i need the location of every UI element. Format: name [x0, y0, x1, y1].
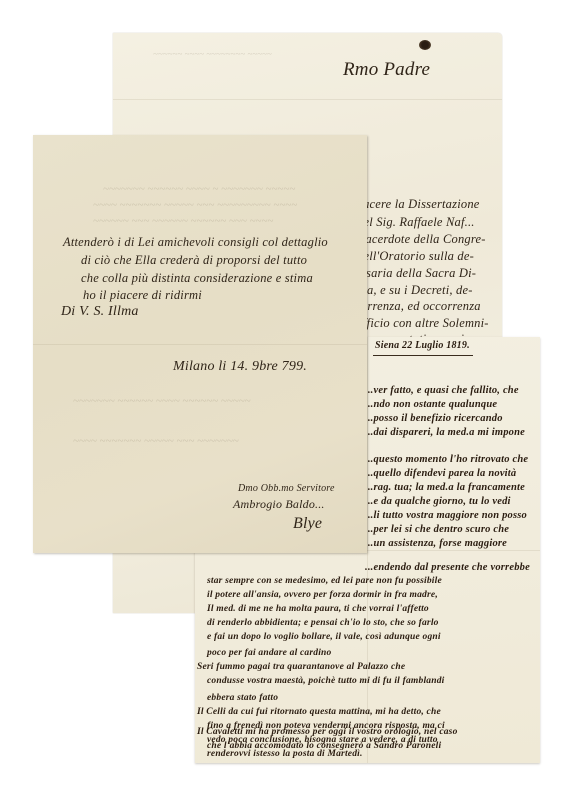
salutation: Rmo Padre — [343, 59, 430, 81]
front-line: ...per lei si che dentro scuro che — [365, 524, 509, 535]
front-line: ...dai dispareri, la med.a mi impone — [365, 427, 525, 438]
signature-flourish: Blye — [293, 515, 322, 533]
paper-fold — [33, 344, 367, 345]
front-line: il potere all'ansia, ovvero per forza do… — [207, 590, 438, 600]
body-line: Attenderò i di Lei amichevoli consigli c… — [63, 235, 328, 250]
back-line: del Sig. Raffaele Naf... — [357, 215, 475, 230]
body-line: che colla più distinta considerazione e … — [81, 271, 313, 286]
front-line: ...posso il benefizio ricercando — [365, 413, 503, 424]
front-line: ebbera stato fatto — [207, 693, 278, 703]
date-underline — [373, 355, 473, 356]
letter-left-sheet: ~~~~~~~ ~~~~~~ ~~~~ ~ ~~~~~~~ ~~~~~ ~~~~… — [33, 135, 367, 553]
front-line: ...ndo non ostante qualunque — [365, 399, 497, 410]
bleed-through-text: ~~~~~~ ~~~~ ~~~~~~~~ ~~~~~ — [153, 49, 272, 59]
paper-fold — [113, 99, 502, 100]
front-line: ...rag. tua; la med.a la francamente — [365, 482, 525, 493]
back-line: dell'Oratorio sulla de- — [357, 249, 474, 264]
front-line: ...un assistenza, forse maggiore — [365, 538, 507, 549]
body-line: Di V. S. Illma — [61, 304, 139, 320]
front-line: ...ver fatto, e quasi che fallito, che — [365, 385, 519, 396]
dateline: Siena 22 Luglio 1819. — [375, 340, 470, 351]
front-line: Il Celli da cui fui ritornato questa mat… — [197, 707, 441, 717]
front-line: e fai un dopo lo voglio bollare, il vale… — [207, 632, 441, 642]
dateline: Milano li 14. 9bre 799. — [173, 359, 307, 375]
bleed-through-text: ~~~~ ~~~~~~~ ~~~~~ ~~~ ~~~~~~~~~ ~~~~ — [93, 199, 297, 211]
front-line: star sempre con se medesimo, ed lei pare… — [207, 576, 442, 586]
front-line: ...questo momento l'ho ritrovato che — [365, 454, 528, 465]
front-line: ...quello difendevi parea la novità — [365, 468, 516, 479]
front-line: ...e da qualche giorno, tu lo vedi — [365, 496, 511, 507]
bleed-through-text: ~~~~~~~ ~~~~~~ ~~~~ ~~~~~~ ~~~~~ — [73, 395, 251, 407]
body-line: ho il piacere di ridirmi — [83, 288, 202, 303]
bleed-through-text: ~~~~~~~ ~~~~~~ ~~~~ ~ ~~~~~~~ ~~~~~ — [103, 183, 295, 195]
back-line: ...orrenza, ed occorrenza — [351, 299, 481, 314]
front-line: poco per fai andare al cardino — [207, 648, 331, 658]
front-line: condusse vostra maestà, poichè tutto mi … — [207, 676, 445, 686]
back-line: ...ssaria della Sacra Di- — [351, 266, 476, 281]
front-line: Seri fummo pagai tra quarantanove al Pal… — [197, 662, 405, 672]
front-line: di renderlo abbidienta; e pensai ch'io l… — [207, 618, 439, 628]
signature-line: Dmo Obb.mo Servitore — [238, 483, 335, 494]
back-line: Sacerdote della Congre- — [359, 232, 486, 247]
bleed-through-text: ~~~~ ~~~~~~~ ~~~~~ ~~~ ~~~~~~~ — [73, 435, 239, 447]
front-line: Il Cavaletti mi ha promesso per oggi il … — [197, 727, 458, 737]
front-line: ...li tutto vostra maggiore non posso — [365, 510, 527, 521]
body-line: di ciò che Ella crederà di proporsi del … — [81, 253, 307, 268]
front-line: che l'abbia accomodato lo consegnerò a S… — [207, 741, 441, 751]
signature-name: Ambrogio Baldo... — [233, 497, 325, 512]
bleed-through-text: ~~~~~~ ~~~ ~~~~~~ ~~~~~~ ~~~ ~~~~ — [93, 215, 273, 227]
back-line: ...fficio con altre Solemni- — [353, 316, 489, 331]
front-line: Il med. di me ne ha molta paura, ti che … — [207, 604, 429, 614]
front-line: ...endendo dal presente che vorrebbe — [365, 562, 530, 573]
back-line: ...a, e su i Decreti, de- — [357, 283, 473, 298]
ink-blot — [419, 40, 431, 50]
